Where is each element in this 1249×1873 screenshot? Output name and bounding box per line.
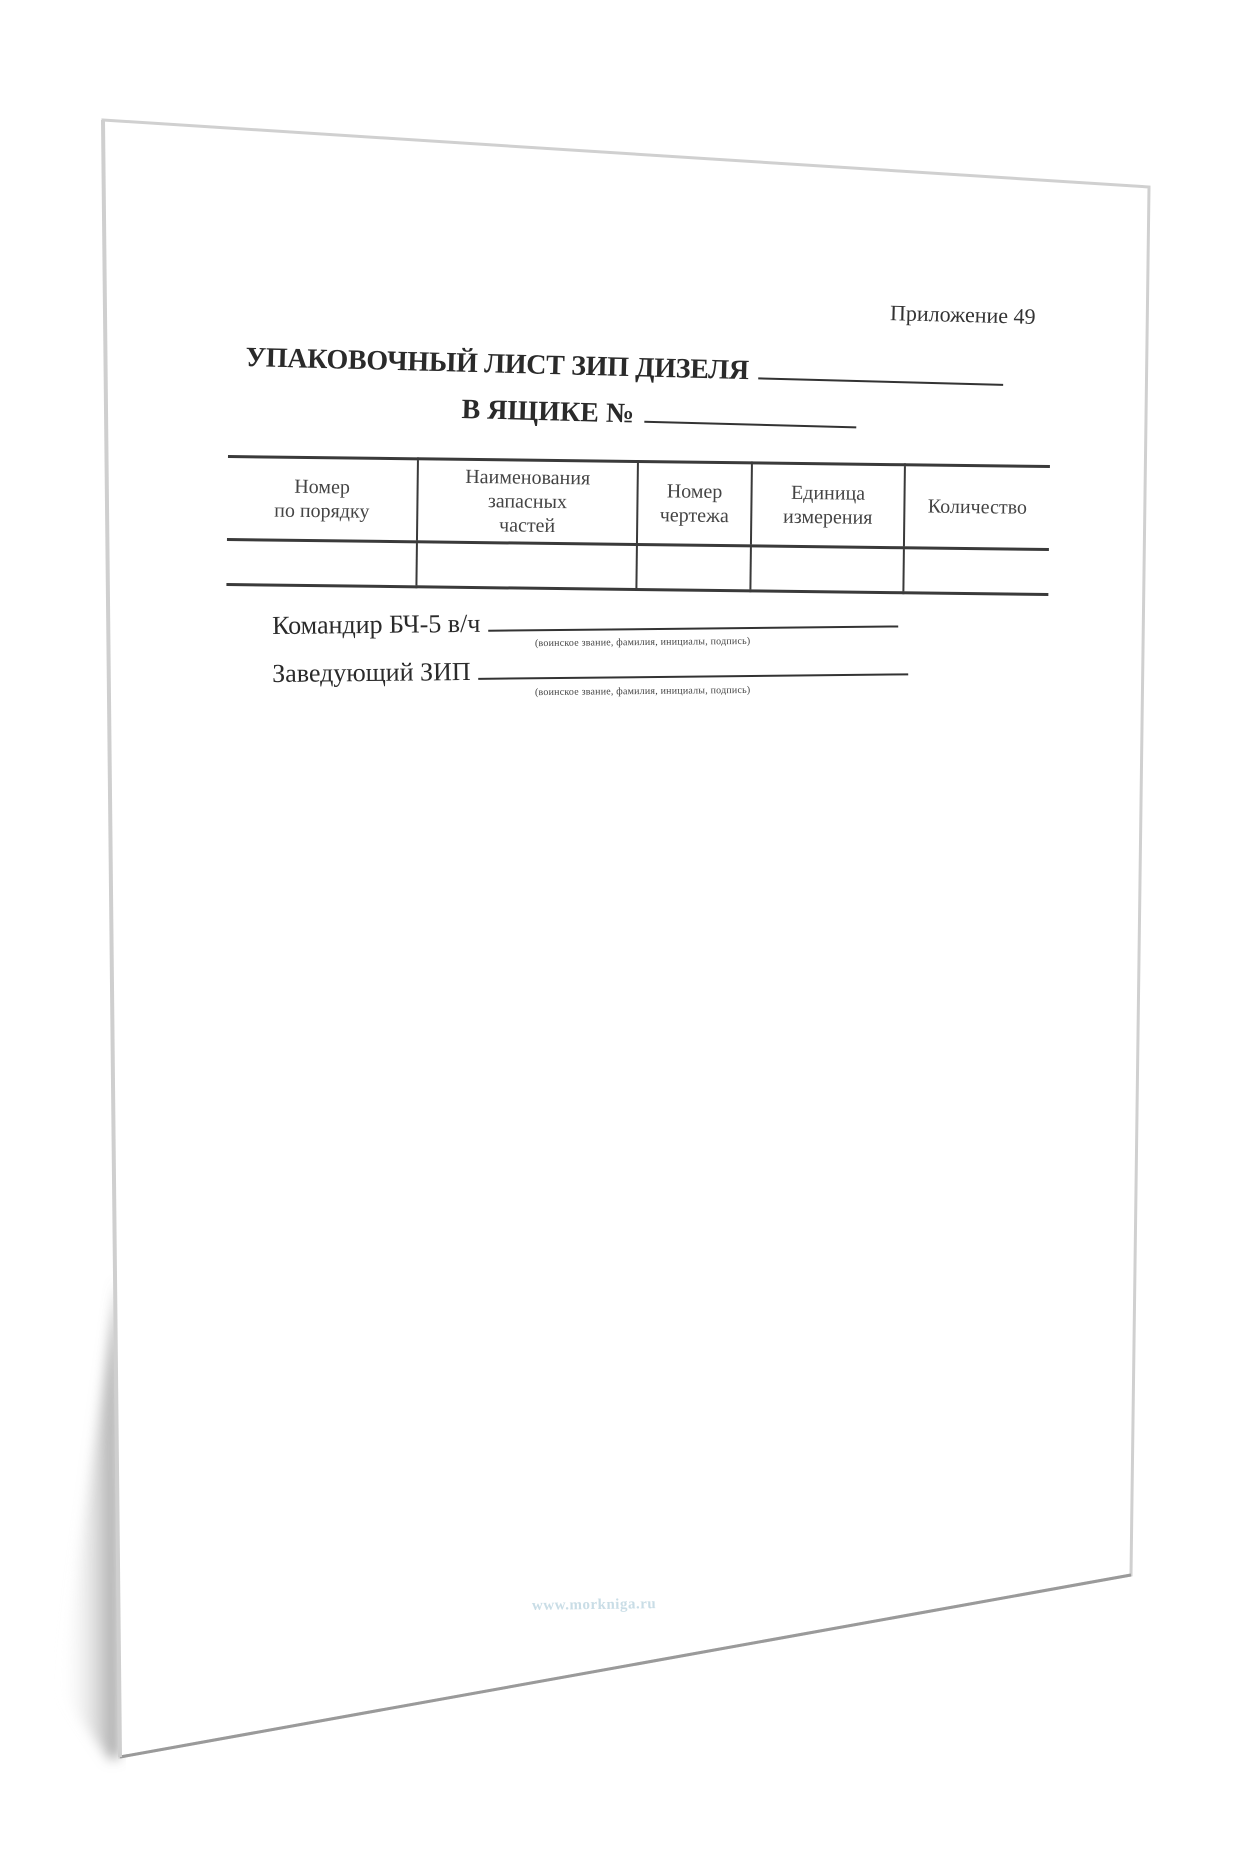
column-header-part-names: Наименования запасных частей (417, 459, 638, 545)
header-text: Наименования (421, 464, 635, 491)
title-text-2: В ЯЩИКЕ № (461, 394, 634, 430)
header-text: частей (420, 512, 634, 539)
header-text: Единица (754, 480, 901, 506)
title-text-1: УПАКОВОЧНЫЙ ЛИСТ ЗИП ДИЗЕЛЯ (245, 342, 749, 386)
table-cell[interactable] (636, 545, 751, 591)
table-cell[interactable] (226, 539, 417, 586)
title-line-2: В ЯЩИКЕ № (461, 394, 856, 436)
signature-hint: (воинское звание, фамилия, инициалы, под… (535, 636, 750, 649)
appendix-label: Приложение 49 (890, 300, 1036, 330)
signature-label: Заведующий ЗИП (272, 657, 471, 688)
table-header-row: Номер по порядку Наименования запасных ч… (227, 456, 1050, 549)
box-number-blank-field[interactable] (644, 403, 856, 429)
header-text: запасных (420, 488, 634, 515)
table-cell[interactable] (903, 548, 1049, 595)
column-header-quantity: Количество (904, 465, 1050, 550)
packing-table-wrapper: Номер по порядку Наименования запасных ч… (226, 455, 1050, 596)
table-cell[interactable] (416, 542, 637, 590)
column-header-number: Номер по порядку (227, 456, 418, 541)
diesel-blank-field[interactable] (758, 359, 1003, 385)
document-page: Приложение 49 УПАКОВОЧНЫЙ ЛИСТ ЗИП ДИЗЕЛ… (0, 0, 1249, 1873)
signature-zip-manager: Заведующий ЗИП (272, 651, 909, 689)
signature-field-zip-manager[interactable] (478, 651, 908, 680)
signature-hint: (воинское звание, фамилия, инициалы, под… (535, 685, 750, 698)
packing-table: Номер по порядку Наименования запасных ч… (226, 455, 1050, 596)
watermark-text: www.morkniga.ru (532, 1596, 656, 1615)
header-text: измерения (754, 504, 901, 530)
table-cell[interactable] (750, 546, 904, 593)
signature-field-commander[interactable] (488, 603, 898, 631)
column-header-unit: Единица измерения (751, 463, 905, 548)
signature-label: Командир БЧ-5 в/ч (272, 609, 480, 640)
column-header-drawing-number: Номер чертежа (637, 462, 752, 546)
signature-commander: Командир БЧ-5 в/ч (272, 603, 898, 641)
table-row (226, 539, 1048, 594)
title-line-1: УПАКОВОЧНЫЙ ЛИСТ ЗИП ДИЗЕЛЯ (245, 342, 1004, 394)
header-text: Количество (907, 494, 1047, 520)
header-text: Номер (640, 479, 748, 504)
header-text: чертежа (640, 503, 748, 528)
header-text: по порядку (229, 498, 414, 524)
header-text: Номер (229, 474, 414, 500)
